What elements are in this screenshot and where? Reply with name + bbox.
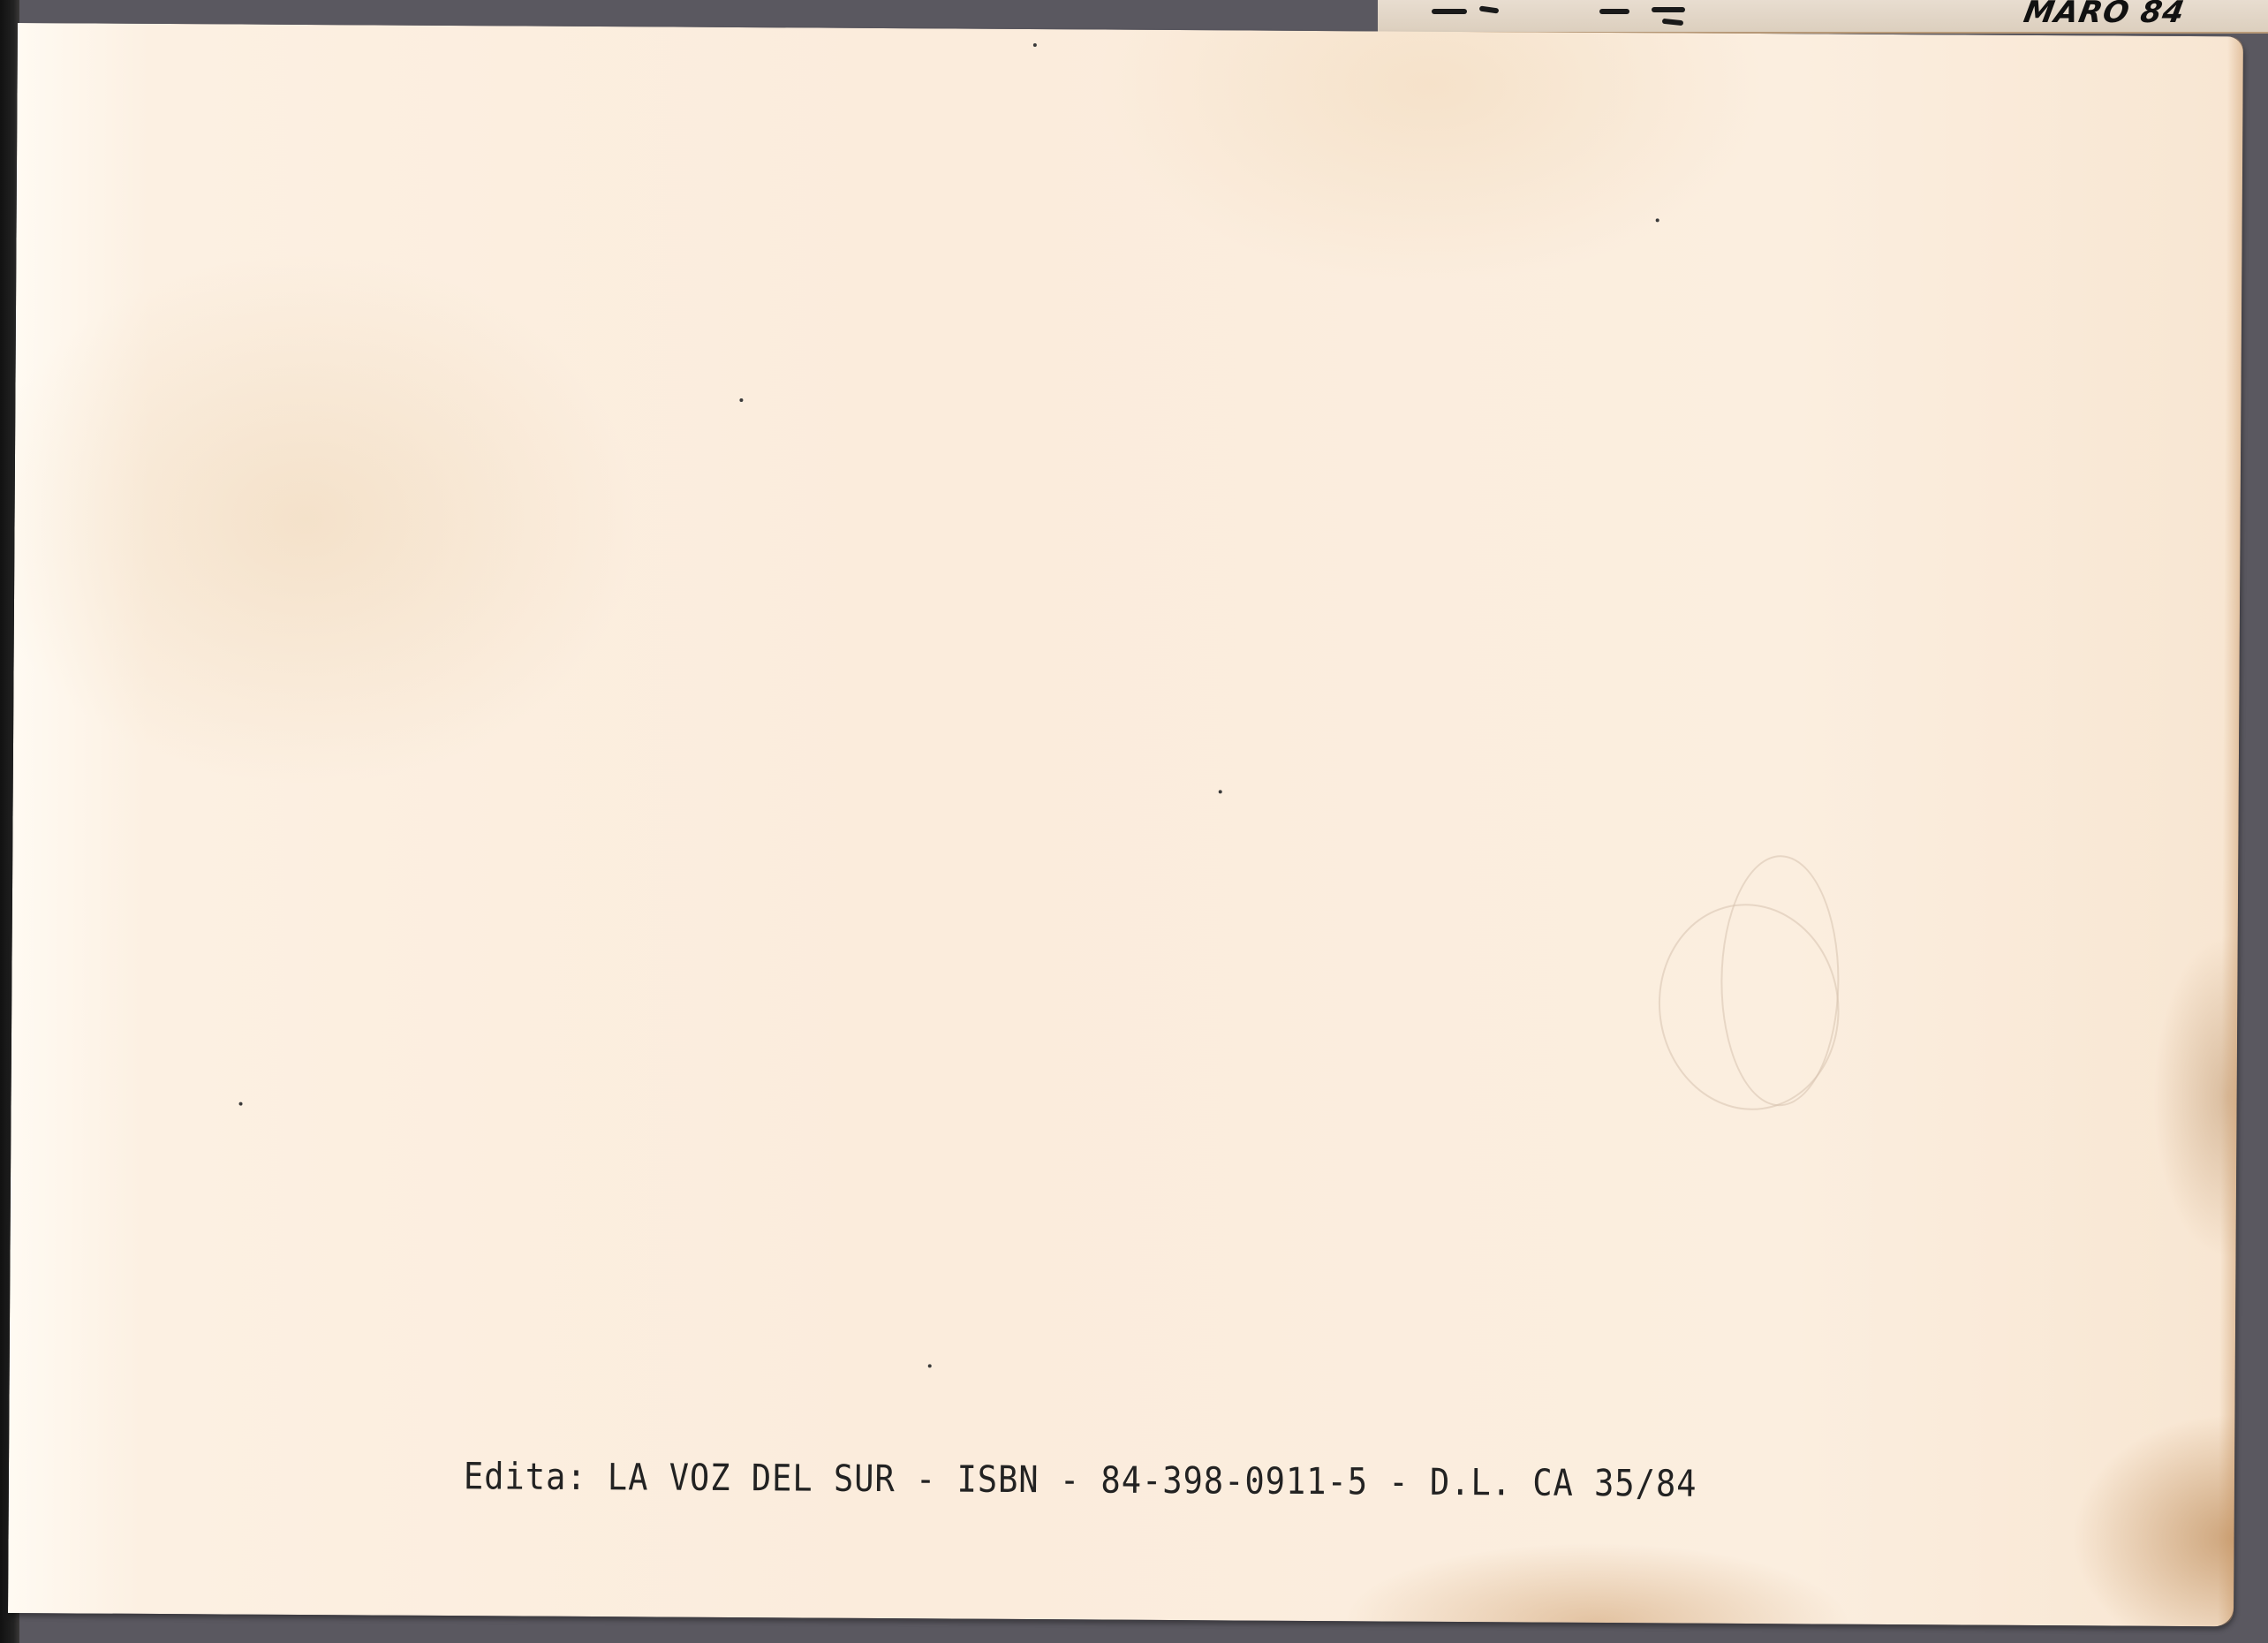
speck	[1656, 218, 1659, 222]
scanned-page: MARO 84 Edita: LA VOZ DEL SUR - ISBN - 8…	[0, 0, 2268, 1643]
handwritten-note: MARO 84	[2021, 0, 2187, 30]
marker-dash	[1662, 19, 1683, 26]
underlying-page-strip: MARO 84	[1378, 0, 2268, 34]
speck	[739, 398, 743, 402]
marker-dash	[1479, 5, 1500, 13]
marker-dash	[1432, 9, 1467, 14]
speck	[239, 1102, 243, 1106]
back-cover: Edita: LA VOZ DEL SUR - ISBN - 84-398-09…	[8, 23, 2243, 1626]
speck	[928, 1364, 932, 1367]
speck	[1219, 790, 1222, 793]
marker-dash	[1652, 7, 1685, 12]
speck	[1033, 43, 1037, 47]
imprint-line: Edita: LA VOZ DEL SUR - ISBN - 84-398-09…	[464, 1455, 1697, 1505]
marker-dash	[1599, 9, 1629, 14]
